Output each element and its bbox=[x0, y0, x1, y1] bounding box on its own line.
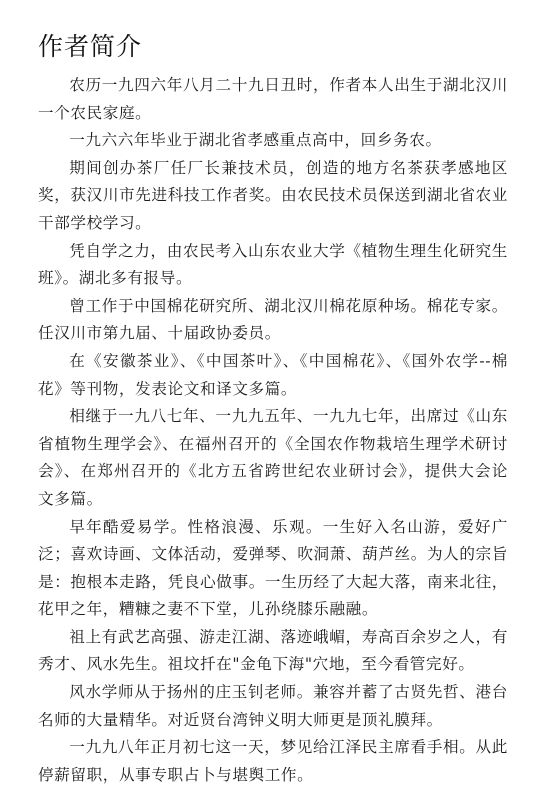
paragraph-fengshui-teacher: 风水学师从于扬州的庄玉钊老师。兼容并蓄了古贤先哲、港台名师的大量精华。对近贤台湾… bbox=[38, 679, 508, 734]
paragraph-cotton-work: 曾工作于中国棉花研究所、湖北汉川棉花原种场。棉花专家。任汉川市第九届、十届政协委… bbox=[38, 293, 508, 348]
paragraph-conferences: 相继于一九八七年、一九九五年、一九九七年，出席过《山东省植物生理学会》、在福州召… bbox=[38, 403, 508, 513]
paragraph-graduation: 一九六六年毕业于湖北省孝感重点高中，回乡务农。 bbox=[38, 127, 508, 155]
paragraph-birth: 农历一九四六年八月二十九日丑时，作者本人出生于湖北汉川一个农民家庭。 bbox=[38, 72, 508, 127]
paragraph-university: 凭自学之力，由农民考入山东农业大学《植物生理生化研究生班》。湖北多有报导。 bbox=[38, 238, 508, 293]
paragraph-personality: 早年酷爱易学。性格浪漫、乐观。一生好入名山游，爱好广泛；喜欢诗画、文体活动，爱弹… bbox=[38, 514, 508, 624]
paragraph-tea-factory: 期间创办茶厂任厂长兼技术员，创造的地方名茶获孝感地区奖，获汉川市先进科技工作者奖… bbox=[38, 155, 508, 238]
document-page: 作者简介 农历一九四六年八月二十九日丑时，作者本人出生于湖北汉川一个农民家庭。 … bbox=[38, 30, 508, 789]
paragraph-ancestry: 祖上有武艺高强、游走江湖、落迹峨嵋，寿高百余岁之人，有秀才、风水先生。祖坟扦在"… bbox=[38, 624, 508, 679]
paragraph-publications: 在《安徽茶业》、《中国茶叶》、《中国棉花》、《国外农学--棉花》等刊物，发表论文… bbox=[38, 348, 508, 403]
page-title: 作者简介 bbox=[38, 30, 508, 64]
paragraph-career-change: 一九九八年正月初七这一天，梦见给江泽民主席看手相。从此停薪留职，从事专职占卜与堪… bbox=[38, 734, 508, 789]
